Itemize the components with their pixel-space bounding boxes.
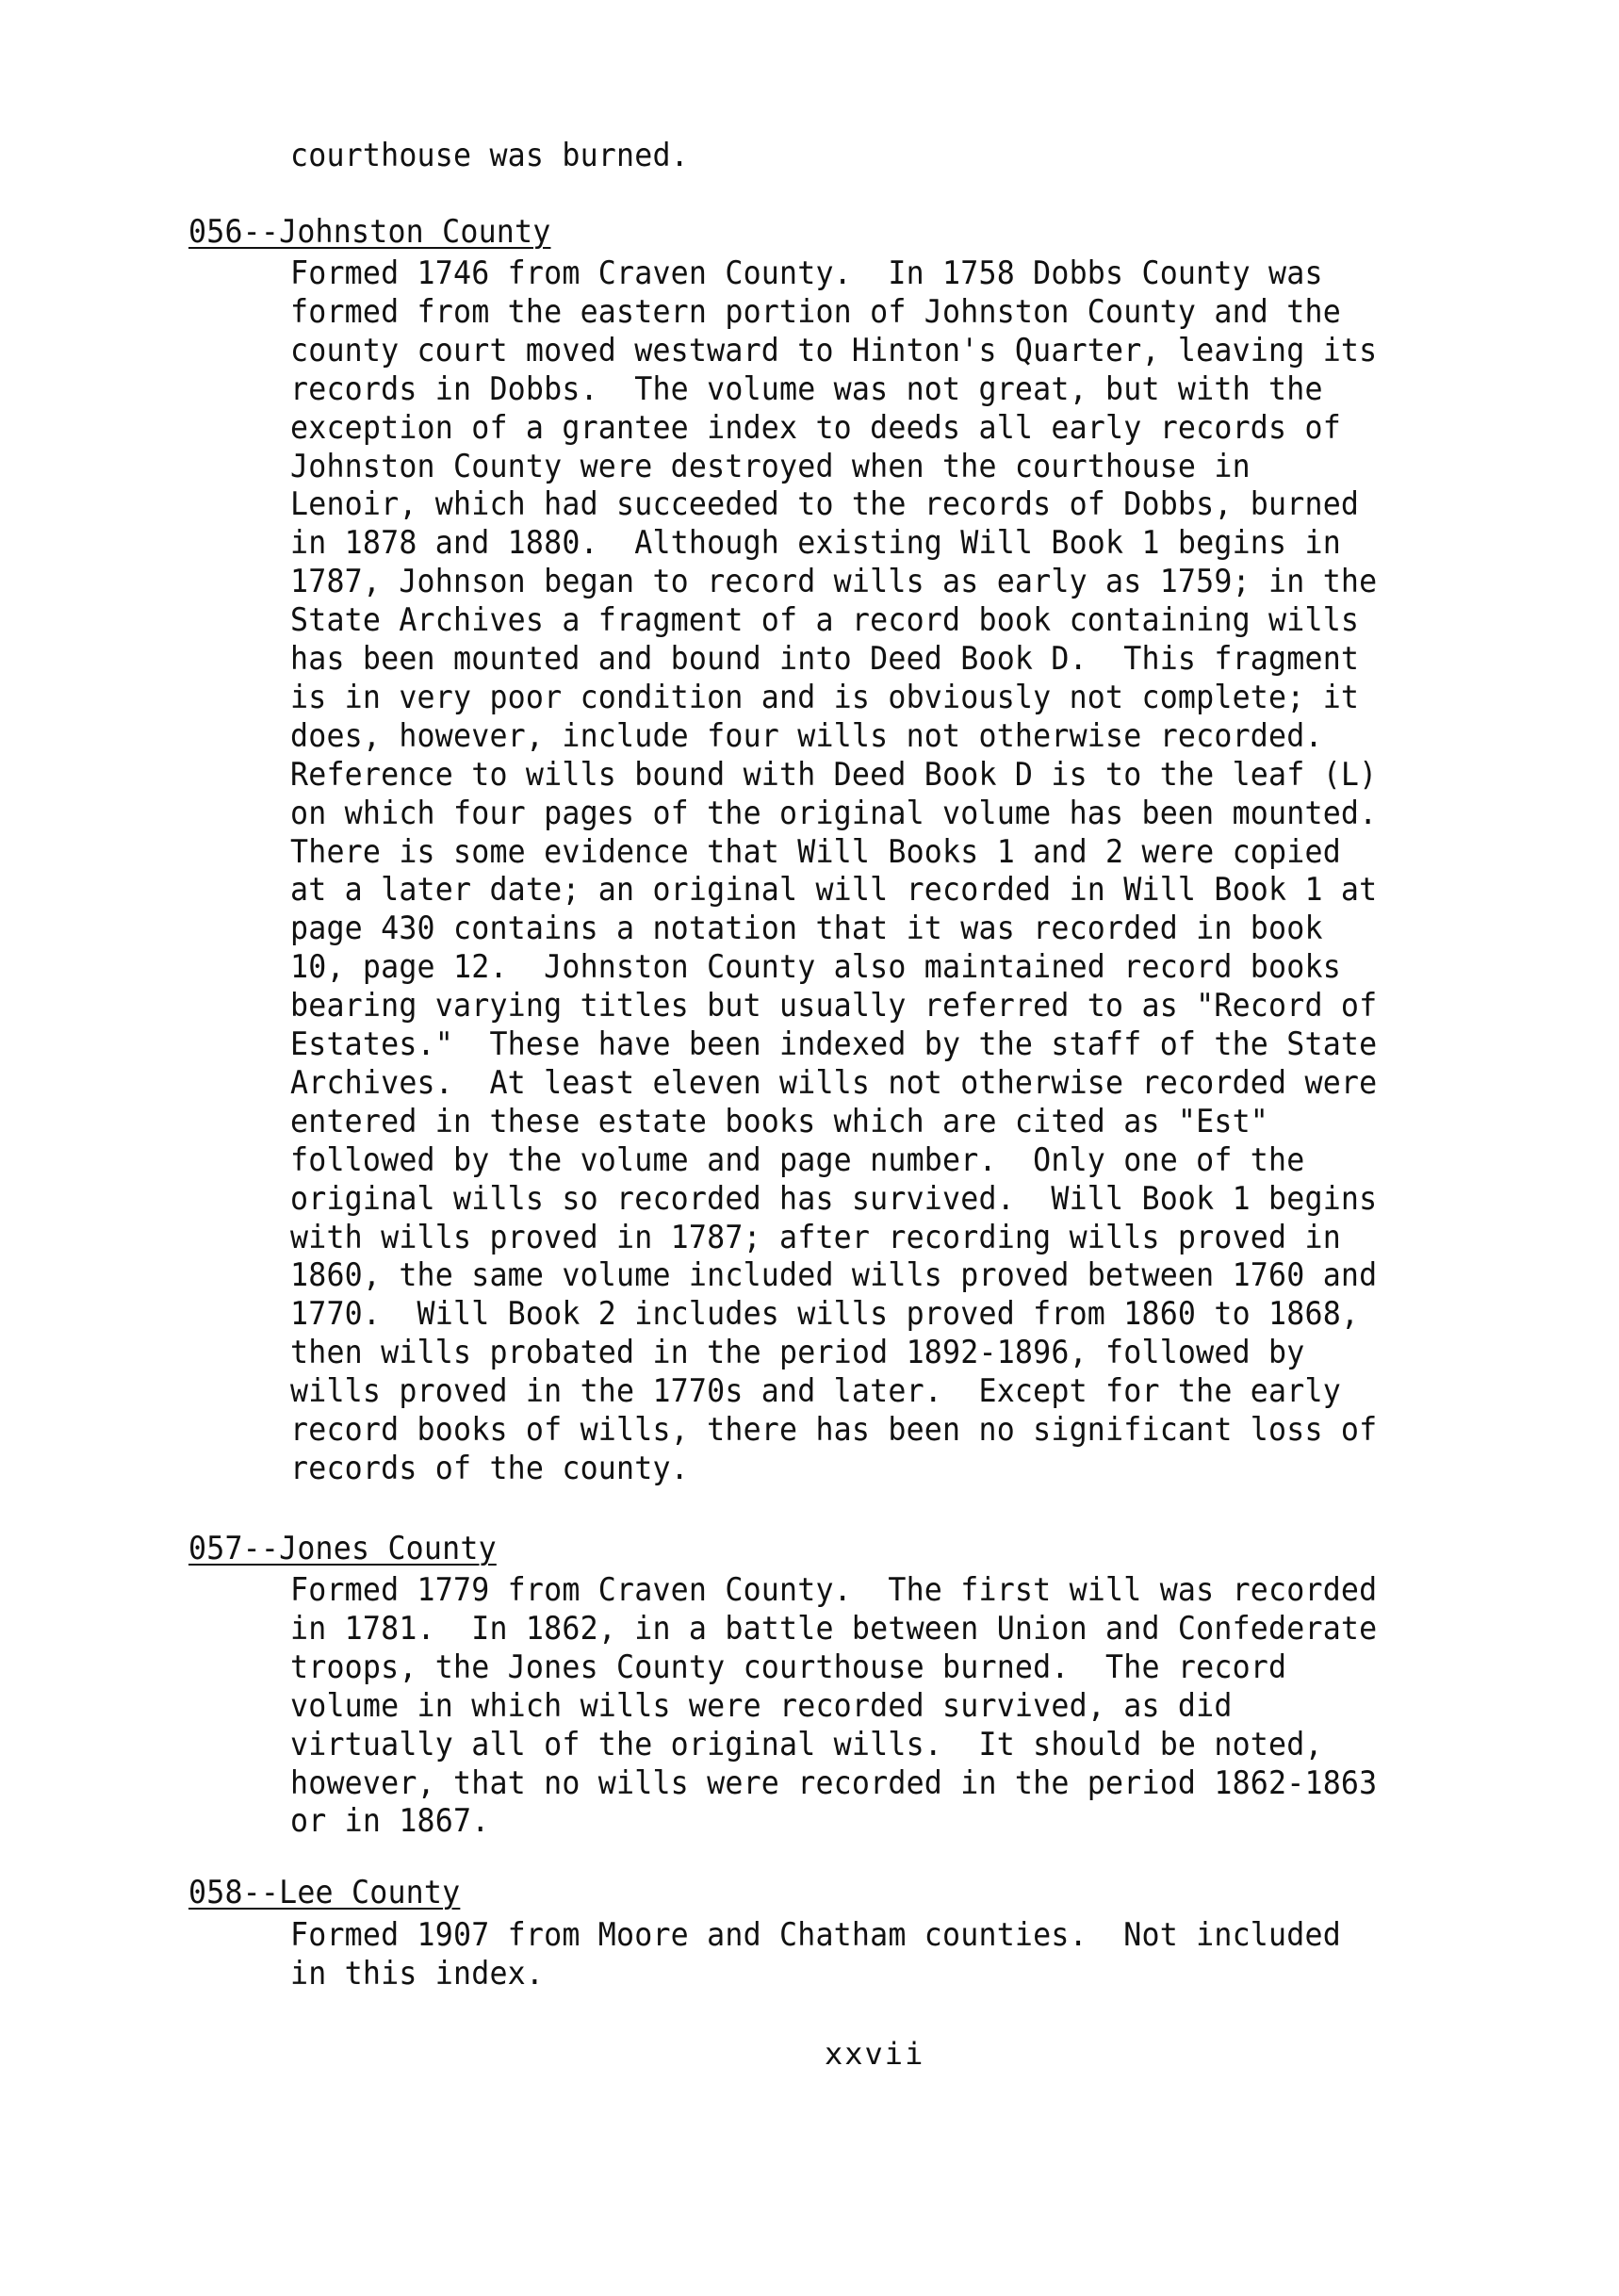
section-body-line: Formed 1907 from Moore and Chatham count…	[290, 1916, 1341, 1954]
section-body-line: in 1781. In 1862, in a battle between Un…	[290, 1610, 1377, 1648]
page-number: xxvii	[825, 2036, 924, 2072]
section-body-line: 10, page 12. Johnston County also mainta…	[290, 948, 1341, 986]
section-body-line: original wills so recorded has survived.…	[290, 1180, 1377, 1218]
continuation-text: courthouse was burned.	[290, 137, 689, 174]
section-body-line: troops, the Jones County courthouse burn…	[290, 1648, 1286, 1686]
section-body-line: Reference to wills bound with Deed Book …	[290, 756, 1377, 794]
section-body-line: followed by the volume and page number. …	[290, 1141, 1304, 1179]
section-body-line: has been mounted and bound into Deed Boo…	[290, 640, 1359, 678]
section-body-line: on which four pages of the original volu…	[290, 795, 1377, 832]
section-body-line: 1787, Johnson began to record wills as e…	[290, 563, 1377, 600]
section-body-line: is in very poor condition and is obvious…	[290, 679, 1359, 716]
section-body-line: State Archives a fragment of a record bo…	[290, 601, 1359, 639]
section-body-line: Estates." These have been indexed by the…	[290, 1025, 1377, 1063]
section-body-line: at a later date; an original will record…	[290, 871, 1377, 909]
section-body-line: There is some evidence that Will Books 1…	[290, 833, 1341, 871]
section-body-line: does, however, include four wills not ot…	[290, 717, 1323, 755]
section-heading: 056--Johnston County	[188, 213, 550, 251]
section-body-line: volume in which wills were recorded surv…	[290, 1687, 1233, 1725]
section-body-line: with wills proved in 1787; after recordi…	[290, 1219, 1341, 1256]
section-body-line: records of the county.	[290, 1450, 689, 1487]
section-body-line: Formed 1746 from Craven County. In 1758 …	[290, 254, 1323, 292]
section-body-line: formed from the eastern portion of Johns…	[290, 293, 1341, 331]
section-body-line: county court moved westward to Hinton's …	[290, 332, 1377, 369]
section-body-line: then wills probated in the period 1892-1…	[290, 1334, 1304, 1371]
section-body-line: 1770. Will Book 2 includes wills proved …	[290, 1295, 1359, 1333]
section-body-line: or in 1867.	[290, 1802, 489, 1840]
section-body-line: record books of wills, there has been no…	[290, 1411, 1377, 1449]
section-body-line: bearing varying titles but usually refer…	[290, 987, 1377, 1025]
section-body-line: records in Dobbs. The volume was not gre…	[290, 370, 1323, 408]
section-body-line: Johnston County were destroyed when the …	[290, 448, 1251, 485]
section-body-line: Archives. At least eleven wills not othe…	[290, 1064, 1377, 1102]
section-body-line: wills proved in the 1770s and later. Exc…	[290, 1372, 1341, 1410]
section-body-line: 1860, the same volume included wills pro…	[290, 1256, 1377, 1294]
section-body-line: Lenoir, which had succeeded to the recor…	[290, 485, 1359, 523]
section-body-line: in 1878 and 1880. Although existing Will…	[290, 524, 1341, 562]
section-heading: 057--Jones County	[188, 1530, 497, 1567]
section-body-line: however, that no wills were recorded in …	[290, 1764, 1377, 1802]
section-body-line: page 430 contains a notation that it was…	[290, 910, 1323, 947]
section-body-line: Formed 1779 from Craven County. The firs…	[290, 1571, 1377, 1609]
section-body-line: in this index.	[290, 1955, 544, 1993]
section-body-line: exception of a grantee index to deeds al…	[290, 409, 1341, 447]
section-heading: 058--Lee County	[188, 1874, 460, 1911]
section-body-line: entered in these estate books which are …	[290, 1103, 1268, 1140]
section-body-line: virtually all of the original wills. It …	[290, 1726, 1323, 1763]
